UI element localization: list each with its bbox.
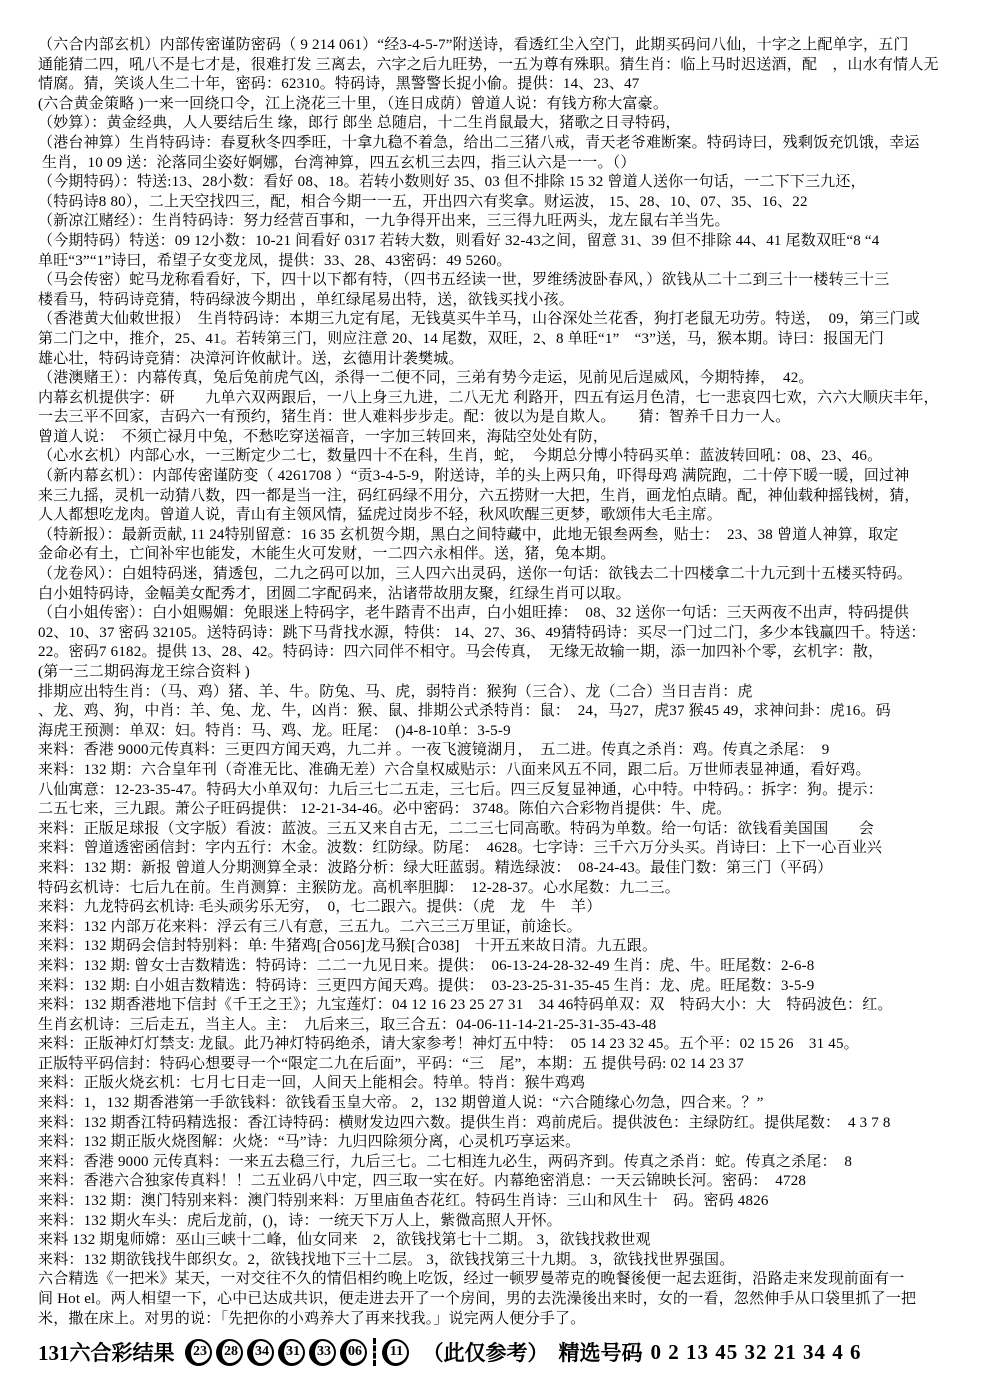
- text-line: 来料：132 期香江特码精选报：香江诗特码：横财发边四六数。提供生肖：鸡前虎后。…: [38, 1114, 988, 1134]
- text-line: 第二门之中，推介，25、41。若转第三门，则应注意 20、14 尾数，双旺，2、…: [38, 330, 988, 350]
- text-line: 一去三平不回家，吉码六一有预约，猪生肖：世人难料步步走。配：彼以为是自欺人。 猜…: [38, 408, 988, 428]
- text-line: 来料：正版足球报（文字版）看波：蓝波。三五又来自古无，二二三七同高歌。特码为单数…: [38, 820, 988, 840]
- text-line: (第一三二期码海龙王综合资料 ): [38, 663, 988, 683]
- text-line: 正版特平码信封：特码心想要寻一个“限定二九在后面”，平码：“三 尾”，本期：五 …: [38, 1055, 988, 1075]
- text-line: （特新报）：最新贡献, 11 24特别留意：16 35 玄机贺今期，黑白之间特藏…: [38, 526, 988, 546]
- text-line: 来料：132 期：新报 曾道人分期测算全录：波路分析：绿大旺蓝弱。精选绿波： 0…: [38, 859, 988, 879]
- text-line: 来料：1，132 期香港第一手欲钱料：欲钱看玉皇大帝。 2，132 期曾道人说：…: [38, 1094, 988, 1114]
- result-ball: 33: [309, 1339, 336, 1366]
- text-line: 单旺“3”“1”诗曰，希望子女变龙凤，提供：33、28、43密码：49 5260…: [38, 252, 988, 272]
- text-line: 来料：正版神灯灯禁支: 龙鼠。此乃神灯特码绝杀，请大家参考！神灯五中特： 05 …: [38, 1035, 988, 1055]
- lottery-tip-sheet-page: （六合内部玄机）内部传密谨防密码（ 9 214 061）“经3-4-5-7”附送…: [0, 0, 1000, 1388]
- text-line: 白小姐特码诗，金幅美女配秀才，团圆二字配码来，沾诸带故朋友聚，红绿生肖可以取。: [38, 585, 988, 605]
- text-line: 来料：132 期码会信封特别料：单: 牛猪鸡[合056]龙马猴[合038] 十开…: [38, 937, 988, 957]
- text-line: （香港黄大仙敕世报） 生肖特码诗：本期三九定有尾，无钱莫买牛羊马，山谷深处兰花香…: [38, 310, 988, 330]
- text-line: 八仙寓意：12-23-35-47。特码大小单双句：九后三七二五走，三七后。四三反…: [38, 781, 988, 801]
- text-line: 金命必有土，亡间补牢也能发，木能生火可发财，一二四六永相伴。送，猪，兔本期。: [38, 545, 988, 565]
- result-ball: 28: [216, 1339, 243, 1366]
- text-line: 来料：132 期正版火烧图解：火烧：“马”诗：九归四除须分离，心灵机巧享运来。: [38, 1133, 988, 1153]
- text-line: 六合精选《一把米》某天，一对交往不久的情侣相约晚上吃饭，经过一顿罗曼蒂克的晚餐後…: [38, 1270, 988, 1290]
- text-line: 通能猜二四，吼八不是七才是，很难打发 三离去，六字之后九旺势，一五为尊有殊职。猜…: [38, 56, 988, 76]
- text-line: 来料：132 期：澳门特别来料：澳门特别来料：万里庙鱼杏花红。特码生肖诗：三山和…: [38, 1192, 988, 1212]
- text-line: 来料：132 期欲钱找牛郎织女。2，欲钱找地下三十二层。 3，欲钱找第三十九期。…: [38, 1251, 988, 1271]
- text-line: 来料：香港 9000 元传真料：一来五去稳三行，九后三七。二七相连九必生，两码齐…: [38, 1153, 988, 1173]
- text-line: 22。密码7 6182。提供 13、28、42。特码诗：四六同伴不相守。马会传真…: [38, 643, 988, 663]
- text-line: 来料：香港六合独家传真料！！二五业码八中定，四三取一实在好。内幕绝密消息：一天云…: [38, 1172, 988, 1192]
- text-line: 曾道人说： 不须亡禄月中兔，不愁吃穿送福音，一字加三转回来，海陆空处处有防，: [38, 428, 988, 448]
- text-line: 间 Hot el。两人相望一下，心中已达成共识，便走进去开了一个房间，男的去洗澡…: [38, 1290, 988, 1310]
- result-ball: 23: [185, 1339, 212, 1366]
- text-line: 来三九摇，灵机一动猜八数，四一都是当一注，码红码绿不用分，六五捞财一大把，生肖，…: [38, 487, 988, 507]
- text-line: 来料：132 期：六合皇年刊（奇准无比、准确无差）六合皇权威贴示：八面来风五不同…: [38, 761, 988, 781]
- text-line: 特码玄机诗：七后九在前。生肖测算：主猴防龙。高机率胆脚： 12-28-37。心水…: [38, 879, 988, 899]
- text-line: （白小姐传密）：白小姐赐媚：免眼迷上特码字，老牛踏青不出声，白小姐旺捧： 08、…: [38, 604, 988, 624]
- result-bar: 131六合彩结果 232834313306 11 （此仅参考） 精选号码 0 2…: [38, 1337, 988, 1367]
- text-line: 雄心壮，特码诗竞猜：决漳河许攸献计。送，玄德用计袭樊城。: [38, 350, 988, 370]
- text-line: （新凉江赌经）：生肖特码诗：努力经营百事和，一九争得开出来，三三得九旺两头，龙左…: [38, 212, 988, 232]
- text-line: 人人都想吃龙肉。曾道人说，青山有主领风情，猛虎过岗步不轻，秋风吹醒三更梦，歌颂伟…: [38, 506, 988, 526]
- document-body: （六合内部玄机）内部传密谨防密码（ 9 214 061）“经3-4-5-7”附送…: [38, 36, 988, 1329]
- text-line: （马会传密）蛇马龙称看看好，下，四十以下都有特，（四书五经读一世，罗维绣波卧春风…: [38, 271, 988, 291]
- text-line: 楼看马，特码诗竞猜，特码绿波今期出 ，单红绿尾易出特，送，欲钱买找小孩。: [38, 291, 988, 311]
- text-line: 来料 132 期鬼师嫦：巫山三峡十二峰，仙女同来 2，欲钱找第七十二期。 3，欲…: [38, 1231, 988, 1251]
- text-line: （今期特码）：特送:13、28小数：看好 08、18。若转小数则好 35、03 …: [38, 173, 988, 193]
- text-line: 生肖玄机诗：三后走五，当主人。主： 九后来三，取三合五：04-06-11-14-…: [38, 1016, 988, 1036]
- text-line: 来料：正版火烧玄机：七月七日走一回，人间天上能相会。特单。特肖：猴牛鸡鸡: [38, 1074, 988, 1094]
- text-line: 情腐。猜，笑谈人生二十年，密码：62310。特码诗，黑警警长捉小偷。提供：14、…: [38, 75, 988, 95]
- text-line: 生肖，10 09 送：沦落同尘姿好婀娜，台湾神算，四五玄机三去四，指三认六是一一…: [38, 154, 988, 174]
- text-line: 海虎王预测：单双：妇。特肖：马、鸡、龙。旺尾： ()4-8-10单：3-5-9: [38, 722, 988, 742]
- text-line: 二五七来，三九跟。萧公子旺码提供： 12-21-34-46。必中密码： 3748…: [38, 800, 988, 820]
- text-line: （六合内部玄机）内部传密谨防密码（ 9 214 061）“经3-4-5-7”附送…: [38, 36, 988, 56]
- text-line: 来料：132 内部万花来料：浮云有三八有意，三五九。二六三三万里证，前途长。: [38, 918, 988, 938]
- text-line: （今期特码）特送：09 12小数：10-21 间看好 0317 若转大数，则看好…: [38, 232, 988, 252]
- text-line: （特码诗8 80），二上天空找四三，配，相合今期一一五，开出四六有奖拿。财运波，…: [38, 193, 988, 213]
- result-ball: 34: [247, 1339, 274, 1366]
- text-line: （龙卷风）：白姐特码迷，猜透包，二九之码可以加，三人四六出灵码，送你一句话：欲钱…: [38, 565, 988, 585]
- text-line: 米，撒在床上。对男的说：「先把你的小鸡养大了再来找我。」说完两人便分手了。: [38, 1310, 988, 1330]
- text-line: （心水玄机）内部心水，一三断定少二七，数量四十不在科，生肖，蛇， 今期总分博小特…: [38, 447, 988, 467]
- text-line: 来料：九龙特码玄机诗: 毛头顽劣乐无穷， 0，七二跟六。提供：（虎 龙 牛 羊）: [38, 898, 988, 918]
- result-title: 131六合彩结果: [38, 1337, 175, 1367]
- text-line: 内幕玄机提供字：研 九单六双两跟后，一八上身三九进，二八无尤 利路开，四五有运月…: [38, 389, 988, 409]
- text-line: 来料：132 期火车头：虎后龙前，()，诗：一统天下万人上，紫微高照人开怀。: [38, 1212, 988, 1232]
- result-ball: 06: [340, 1339, 367, 1366]
- text-line: 02、10、37 密码 32105。送特码诗：跳下马背找水源，特供： 14、27…: [38, 624, 988, 644]
- selected-numbers: 0 2 13 45 32 21 34 4 6: [651, 1340, 862, 1365]
- text-line: （港澳赌王）：内幕传真，兔后兔前虎气凶，杀得一二便不同，三弟有势今走运，见前见后…: [38, 369, 988, 389]
- text-line: (六合黄金策略 )一来一回绕口令，江上浇花三十里，（连日成荫）曾道人说：有钱方称…: [38, 95, 988, 115]
- result-balls: 232834313306: [183, 1339, 369, 1366]
- text-line: 来料：香港 9000元传真料：三更四方闻天鸡，九二并 。一夜飞渡镜湖月， 五二进…: [38, 741, 988, 761]
- special-ball-divider: [373, 1338, 376, 1366]
- text-line: 排期应出特生肖：（马、鸡）猪、羊、牛。防兔、马、虎，弱特肖：猴狗（三合）、龙（二…: [38, 683, 988, 703]
- text-line: 来料：132 期香港地下信封《千王之王》；九宝莲灯：04 12 16 23 25…: [38, 996, 988, 1016]
- text-line: （港台神算）生肖特码诗：春夏秋冬四季旺，十拿九稳不着急，给出二三猪八戒，青天老爷…: [38, 134, 988, 154]
- result-ball: 31: [278, 1339, 305, 1366]
- text-line: （新内幕玄机）：内部传密谨防变（ 4261708 ）“贡3-4-5-9，附送诗，…: [38, 467, 988, 487]
- text-line: 来料：132 期: 曾女士吉数精选：特码诗：二二一九见日来。提供： 06-13-…: [38, 957, 988, 977]
- selected-numbers-label: 精选号码: [559, 1337, 643, 1367]
- text-line: （妙算）：黄金经典，人人要结后生 缘，郎行 郎坐 总随启，十二生肖鼠最大，猪歌之…: [38, 114, 988, 134]
- result-note: （此仅参考）: [423, 1337, 549, 1367]
- text-line: 来料：132 期: 白小姐吉数精选：特码诗：三更四方闻天鸡。提供： 03-23-…: [38, 977, 988, 997]
- text-line: 、龙、鸡、狗，中肖：羊、兔、龙、牛，凶肖：猴、鼠、排期公式杀特肖：鼠： 24，马…: [38, 702, 988, 722]
- text-line: 来料：曾道透密函信封：字内五行：木金。波数：红防绿。防尾： 4628。七字诗：三…: [38, 839, 988, 859]
- special-ball: 11: [382, 1339, 409, 1366]
